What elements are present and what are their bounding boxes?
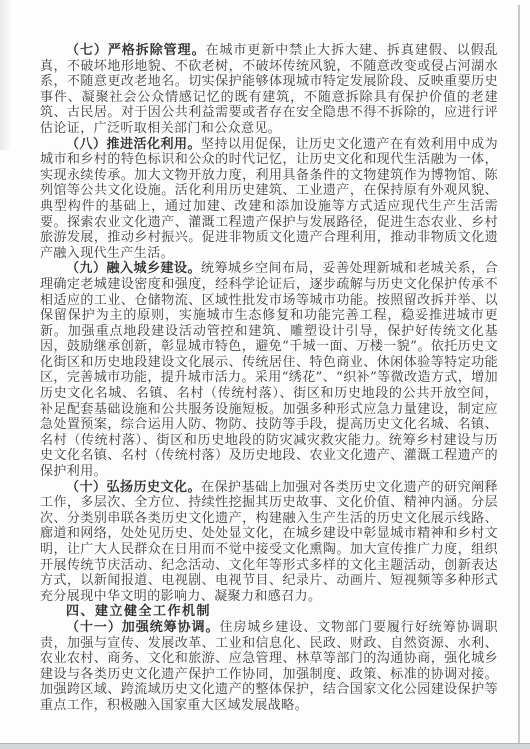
page-edge-bottom bbox=[0, 743, 530, 749]
paragraph-text: 统筹城乡空间布局，妥善处理新城和老城关系，合理确定老城建设密度和强度，经科学论证… bbox=[40, 261, 498, 479]
document-paragraph: （九）融入城乡建设。统筹城乡空间布局，妥善处理新城和老城关系，合理确定老城建设密… bbox=[40, 261, 498, 479]
paragraph-lead: （十）弘扬历史文化。 bbox=[66, 480, 201, 495]
paragraph-lead: （十一）加强统筹协调。 bbox=[66, 620, 219, 635]
document-paragraph: （十一）加强统筹协调。住房城乡建设、文物部门要履行好统筹协调职责，加强与宣传、发… bbox=[40, 620, 498, 714]
document-paragraph: （七）严格拆除管理。在城市更新中禁止大拆大建、拆真建假、以假乱真，不破坏地形地貌… bbox=[40, 43, 498, 137]
scan-corner-shade bbox=[0, 0, 12, 150]
document-content: （七）严格拆除管理。在城市更新中禁止大拆大建、拆真建假、以假乱真，不破坏地形地貌… bbox=[40, 43, 498, 714]
paragraph-lead: （八）推进活化利用。 bbox=[66, 137, 201, 152]
paragraph-text: 坚持以用促保，让历史文化遗产在有效利用中成为城市和乡村的特色标识和公众的时代记忆… bbox=[40, 137, 498, 261]
paragraph-text: 在保护基础上加强对各类历史文化遗产的研究阐释工作，多层次、全方位、持续性挖掘其历… bbox=[40, 480, 498, 604]
paragraph-lead: （七）严格拆除管理。 bbox=[66, 43, 206, 58]
document-page: （七）严格拆除管理。在城市更新中禁止大拆大建、拆真建假、以假乱真，不破坏地形地貌… bbox=[0, 0, 530, 749]
page-edge-right bbox=[518, 5, 520, 743]
section-heading: 四、建立健全工作机制 bbox=[40, 604, 498, 620]
document-paragraph: （十）弘扬历史文化。在保护基础上加强对各类历史文化遗产的研究阐释工作，多层次、全… bbox=[40, 480, 498, 605]
document-paragraph: （八）推进活化利用。坚持以用促保，让历史文化遗产在有效利用中成为城市和乡村的特色… bbox=[40, 137, 498, 262]
paragraph-lead: （九）融入城乡建设。 bbox=[66, 261, 201, 276]
section-heading-text: 四、建立健全工作机制 bbox=[66, 604, 211, 619]
